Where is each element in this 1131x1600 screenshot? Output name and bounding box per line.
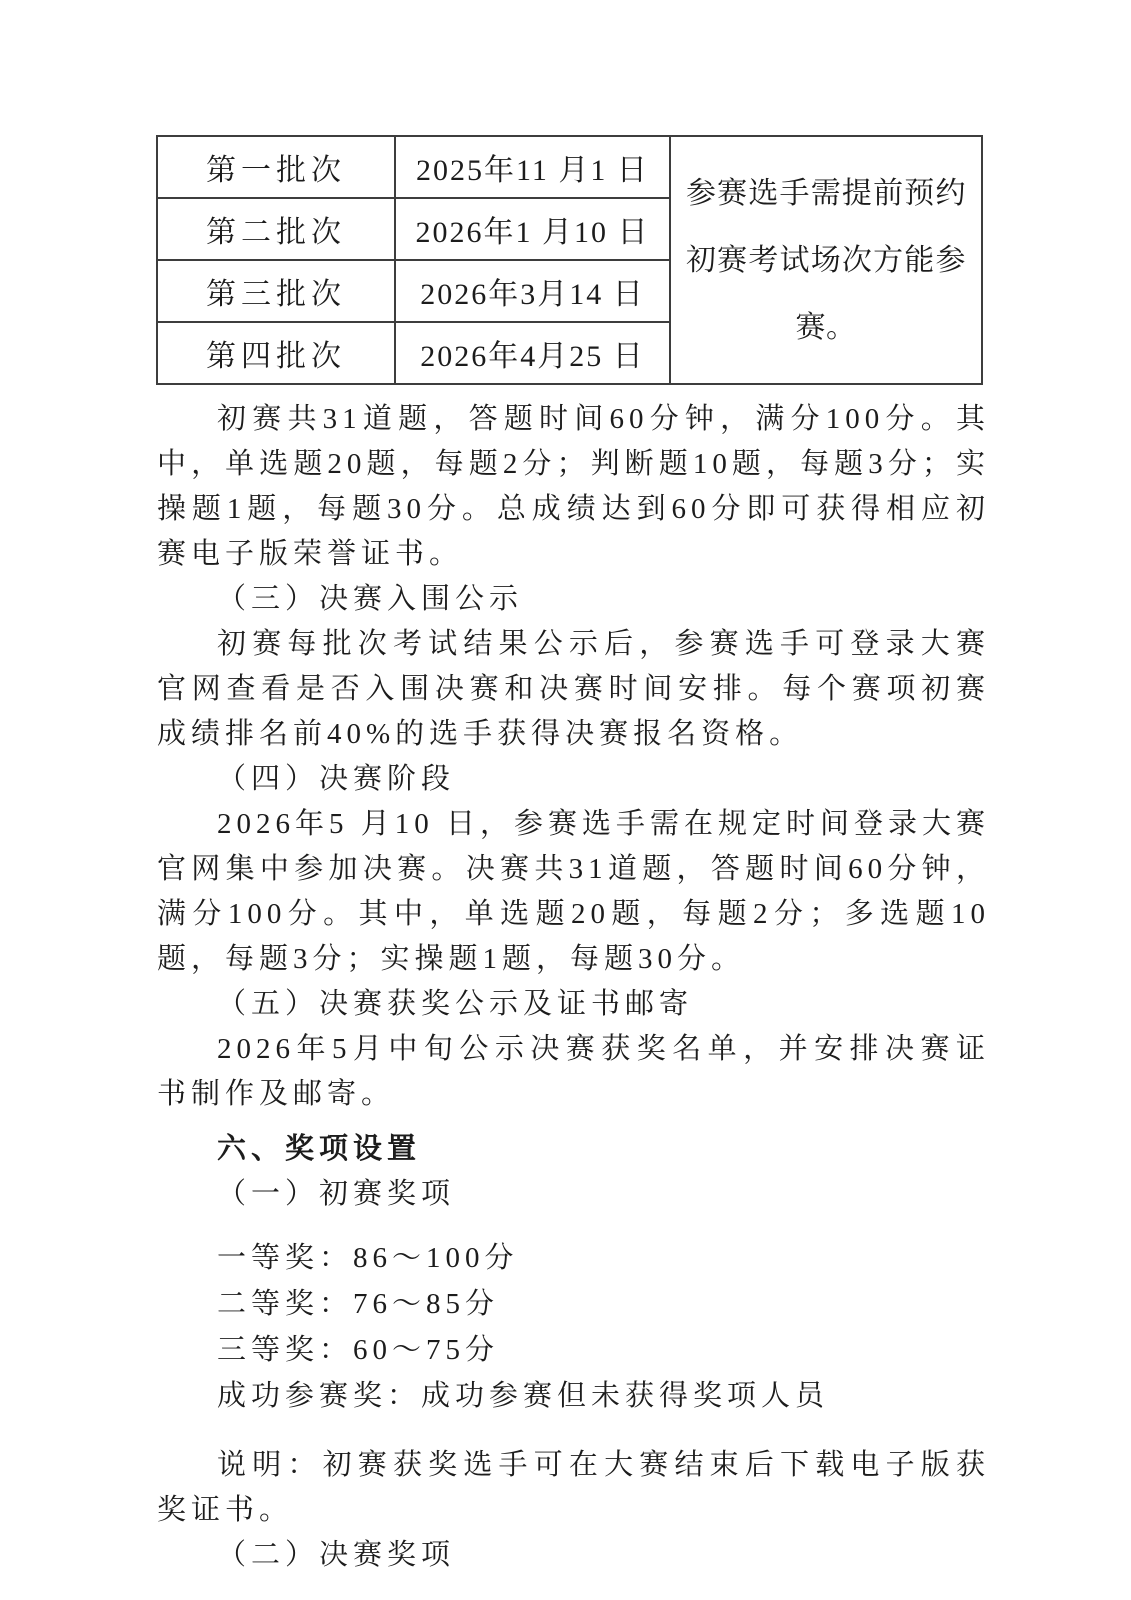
prize-second-class: 二等奖：76～85分 (157, 1281, 990, 1327)
para-finals-stage: 2026年5 月10 日，参赛选手需在规定时间登录大赛官网集中参加决赛。决赛共3… (157, 802, 990, 982)
note-text: 参赛选手需提前预约初赛考试场次方能参赛。 (686, 160, 966, 361)
heading-finals-stage: （四）决赛阶段 (157, 757, 990, 802)
document-page: 第一批次 2025年11 月1 日 参赛选手需提前预约初赛考试场次方能参赛。 第… (0, 0, 1131, 1600)
prize-first-class: 一等奖：86～100分 (157, 1235, 990, 1281)
heading-finals-shortlist: （三）决赛入围公示 (157, 577, 990, 622)
document-body: 初赛共31道题，答题时间60分钟，满分100分。其中，单选题20题，每题2分；判… (157, 397, 990, 1578)
para-finals-awards-announcement: 2026年5月中旬公示决赛获奖名单，并安排决赛证书制作及邮寄。 (157, 1027, 990, 1117)
date-cell: 2025年11 月1 日 (395, 136, 670, 198)
table-row: 第一批次 2025年11 月1 日 参赛选手需提前预约初赛考试场次方能参赛。 (157, 136, 982, 198)
batch-cell: 第二批次 (157, 198, 395, 260)
prize-participation: 成功参赛奖：成功参赛但未获得奖项人员 (157, 1373, 990, 1419)
para-preliminary-format: 初赛共31道题，答题时间60分钟，满分100分。其中，单选题20题，每题2分；判… (157, 397, 990, 577)
heading-finals-awards: （五）决赛获奖公示及证书邮寄 (157, 982, 990, 1027)
date-cell: 2026年1 月10 日 (395, 198, 670, 260)
subsection-finals-awards: （二）决赛奖项 (157, 1533, 990, 1578)
date-cell: 2026年3月14 日 (395, 260, 670, 322)
para-finals-shortlist: 初赛每批次考试结果公示后，参赛选手可登录大赛官网查看是否入围决赛和决赛时间安排。… (157, 622, 990, 757)
date-cell: 2026年4月25 日 (395, 322, 670, 384)
subsection-preliminary-awards: （一）初赛奖项 (157, 1172, 990, 1217)
prize-third-class: 三等奖：60～75分 (157, 1327, 990, 1373)
batch-cell: 第一批次 (157, 136, 395, 198)
section-title-awards: 六、奖项设置 (157, 1127, 990, 1172)
para-prize-note: 说明：初赛获奖选手可在大赛结束后下载电子版获奖证书。 (157, 1443, 990, 1533)
schedule-table: 第一批次 2025年11 月1 日 参赛选手需提前预约初赛考试场次方能参赛。 第… (156, 135, 983, 385)
batch-cell: 第四批次 (157, 322, 395, 384)
batch-cell: 第三批次 (157, 260, 395, 322)
note-cell: 参赛选手需提前预约初赛考试场次方能参赛。 (670, 136, 982, 384)
